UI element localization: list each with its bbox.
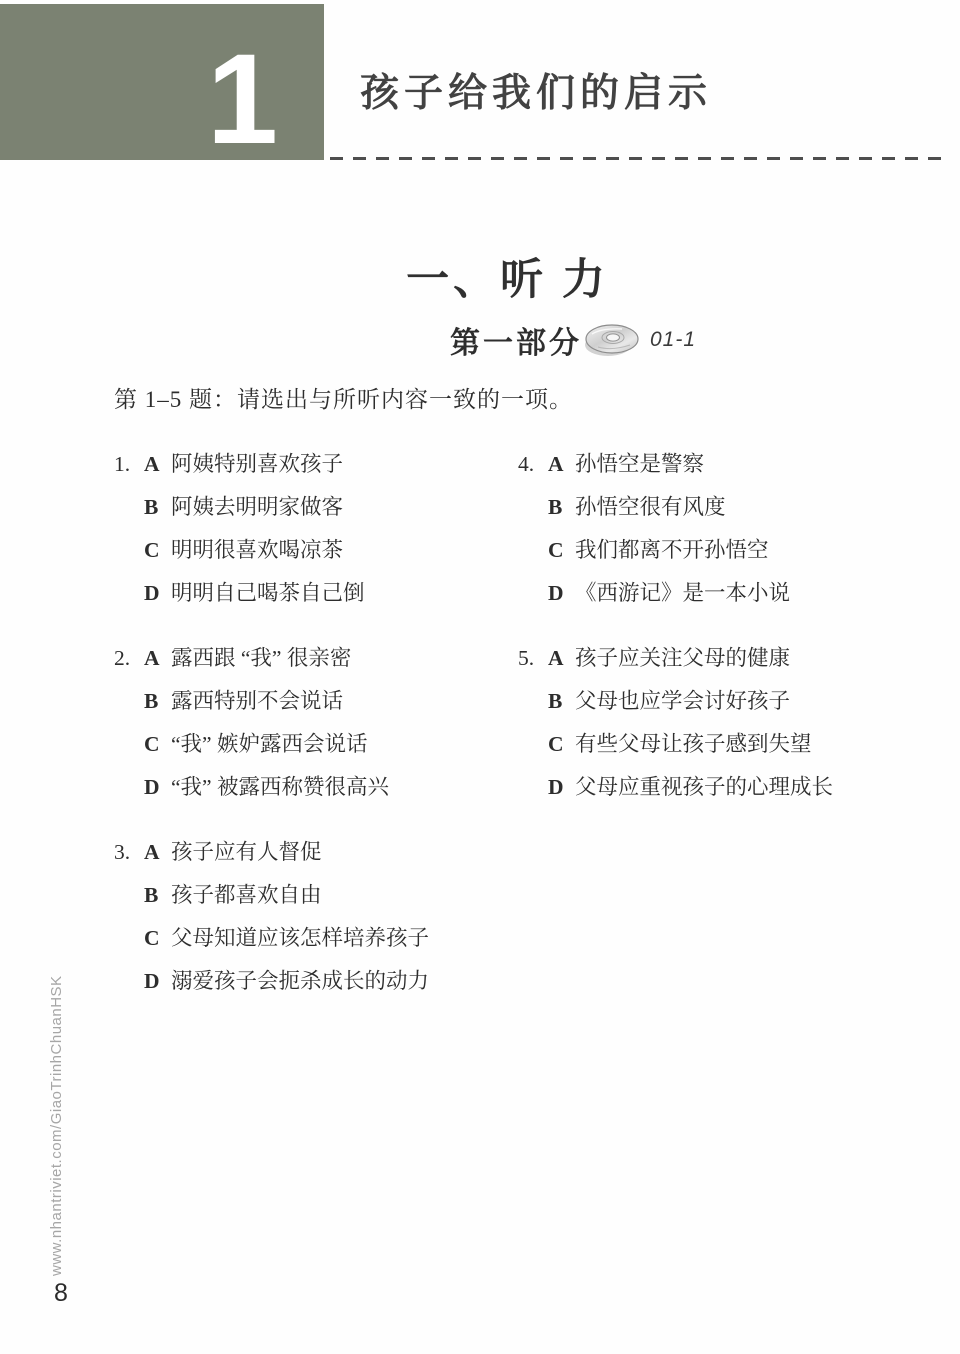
option-text: 有些父母让孩子感到失望 [575, 730, 812, 759]
question-2-option-a: 2. A 露西跟 “我” 很亲密 [114, 644, 518, 673]
option-text: 孩子应有人督促 [171, 838, 322, 867]
unit-number: 1 [207, 36, 274, 164]
option-letter: C [144, 730, 171, 759]
page-number: 8 [54, 1279, 68, 1308]
question-3-option-d: D 溺爱孩子会扼杀成长的动力 [114, 967, 518, 996]
question-1-option-a: 1. A 阿姨特别喜欢孩子 [114, 450, 518, 479]
option-text: 阿姨特别喜欢孩子 [171, 450, 343, 479]
question-number-spacer [518, 773, 548, 802]
textbook-page: 1 孩子给我们的启示 一、听 力 第一部分 01-1 第 1–5 题：请选出与所… [0, 0, 960, 1354]
question-number-spacer [114, 773, 144, 802]
option-letter: C [548, 536, 575, 565]
question-1-option-b: B 阿姨去明明家做客 [114, 493, 518, 522]
questions-column-right: 4. A 孙悟空是警察 B 孙悟空很有风度 C 我们都离不开孙悟空 D [518, 450, 946, 1032]
question-number-spacer [114, 924, 144, 953]
option-text: 露西跟 “我” 很亲密 [171, 644, 351, 673]
option-letter: A [144, 838, 171, 867]
question-number: 2. [114, 644, 144, 673]
question-2-option-c: C “我” 嫉妒露西会说话 [114, 730, 518, 759]
cd-disc-icon [582, 320, 642, 365]
question-4-option-c: C 我们都离不开孙悟空 [518, 536, 946, 565]
option-text: 孩子都喜欢自由 [171, 881, 322, 910]
question-3-option-a: 3. A 孩子应有人督促 [114, 838, 518, 867]
question-5-option-d: D 父母应重视孩子的心理成长 [518, 773, 946, 802]
option-text: “我” 被露西称赞很高兴 [171, 773, 389, 802]
unit-number-block: 1 [0, 4, 324, 160]
instruction-text: 第 1–5 题：请选出与所听内容一致的一项。 [114, 381, 573, 414]
header-dashed-divider [330, 157, 948, 160]
question-number: 3. [114, 838, 144, 867]
option-letter: B [548, 493, 575, 522]
option-text: 溺爱孩子会扼杀成长的动力 [171, 967, 429, 996]
question-1-option-c: C 明明很喜欢喝凉茶 [114, 536, 518, 565]
option-letter: B [144, 687, 171, 716]
publisher-url-vertical: www.nhantriviet.com/GiaoTrinhChuanHSK [48, 984, 70, 1276]
question-number-spacer [114, 579, 144, 608]
question-number: 1. [114, 450, 144, 479]
question-2: 2. A 露西跟 “我” 很亲密 B 露西特别不会说话 C “我” 嫉妒露西会说… [114, 644, 518, 802]
question-number-spacer [518, 730, 548, 759]
question-number-spacer [518, 536, 548, 565]
option-letter: D [144, 773, 171, 802]
question-4-option-b: B 孙悟空很有风度 [518, 493, 946, 522]
question-4-option-d: D 《西游记》是一本小说 [518, 579, 946, 608]
option-text: 我们都离不开孙悟空 [575, 536, 769, 565]
question-number-spacer [518, 687, 548, 716]
option-text: 父母也应学会讨好孩子 [575, 687, 790, 716]
question-number: 5. [518, 644, 548, 673]
question-number-spacer [114, 536, 144, 565]
option-text: 明明很喜欢喝凉茶 [171, 536, 343, 565]
option-text: 《西游记》是一本小说 [575, 579, 790, 608]
unit-title: 孩子给我们的启示 [360, 62, 712, 118]
question-2-option-d: D “我” 被露西称赞很高兴 [114, 773, 518, 802]
question-number: 4. [518, 450, 548, 479]
question-number-spacer [114, 967, 144, 996]
question-2-option-b: B 露西特别不会说话 [114, 687, 518, 716]
option-text: 阿姨去明明家做客 [171, 493, 343, 522]
option-letter: D [548, 773, 575, 802]
question-4-option-a: 4. A 孙悟空是警察 [518, 450, 946, 479]
option-letter: B [144, 493, 171, 522]
question-3: 3. A 孩子应有人督促 B 孩子都喜欢自由 C 父母知道应该怎样培养孩子 D [114, 838, 518, 996]
question-4: 4. A 孙悟空是警察 B 孙悟空很有风度 C 我们都离不开孙悟空 D [518, 450, 946, 608]
option-letter: C [548, 730, 575, 759]
option-letter: B [144, 881, 171, 910]
option-text: 露西特别不会说话 [171, 687, 343, 716]
audio-track-label: 01-1 [650, 328, 696, 352]
option-text: 明明自己喝茶自己倒 [171, 579, 365, 608]
question-5-option-a: 5. A 孩子应关注父母的健康 [518, 644, 946, 673]
option-letter: D [548, 579, 575, 608]
option-text: 孙悟空很有风度 [575, 493, 726, 522]
option-letter: C [144, 536, 171, 565]
question-5: 5. A 孩子应关注父母的健康 B 父母也应学会讨好孩子 C 有些父母让孩子感到… [518, 644, 946, 802]
option-letter: C [144, 924, 171, 953]
option-letter: A [144, 450, 171, 479]
option-letter: A [548, 644, 575, 673]
option-letter: D [144, 967, 171, 996]
question-5-option-c: C 有些父母让孩子感到失望 [518, 730, 946, 759]
question-number-spacer [114, 493, 144, 522]
question-number-spacer [518, 579, 548, 608]
option-text: 父母知道应该怎样培养孩子 [171, 924, 429, 953]
questions-area: 1. A 阿姨特别喜欢孩子 B 阿姨去明明家做客 C 明明很喜欢喝凉茶 D [114, 450, 946, 1032]
option-text: “我” 嫉妒露西会说话 [171, 730, 367, 759]
questions-column-left: 1. A 阿姨特别喜欢孩子 B 阿姨去明明家做客 C 明明很喜欢喝凉茶 D [114, 450, 518, 1032]
question-3-option-c: C 父母知道应该怎样培养孩子 [114, 924, 518, 953]
question-number-spacer [114, 730, 144, 759]
question-3-option-b: B 孩子都喜欢自由 [114, 881, 518, 910]
question-1-option-d: D 明明自己喝茶自己倒 [114, 579, 518, 608]
question-number-spacer [114, 881, 144, 910]
option-letter: A [548, 450, 575, 479]
section-heading-listening: 一、听 力 [55, 246, 960, 307]
question-1: 1. A 阿姨特别喜欢孩子 B 阿姨去明明家做客 C 明明很喜欢喝凉茶 D [114, 450, 518, 608]
question-number-spacer [114, 687, 144, 716]
option-letter: B [548, 687, 575, 716]
question-5-option-b: B 父母也应学会讨好孩子 [518, 687, 946, 716]
option-text: 孙悟空是警察 [575, 450, 704, 479]
part-heading: 第一部分 [450, 318, 582, 362]
option-text: 父母应重视孩子的心理成长 [575, 773, 833, 802]
option-text: 孩子应关注父母的健康 [575, 644, 790, 673]
question-number-spacer [518, 493, 548, 522]
option-letter: A [144, 644, 171, 673]
option-letter: D [144, 579, 171, 608]
